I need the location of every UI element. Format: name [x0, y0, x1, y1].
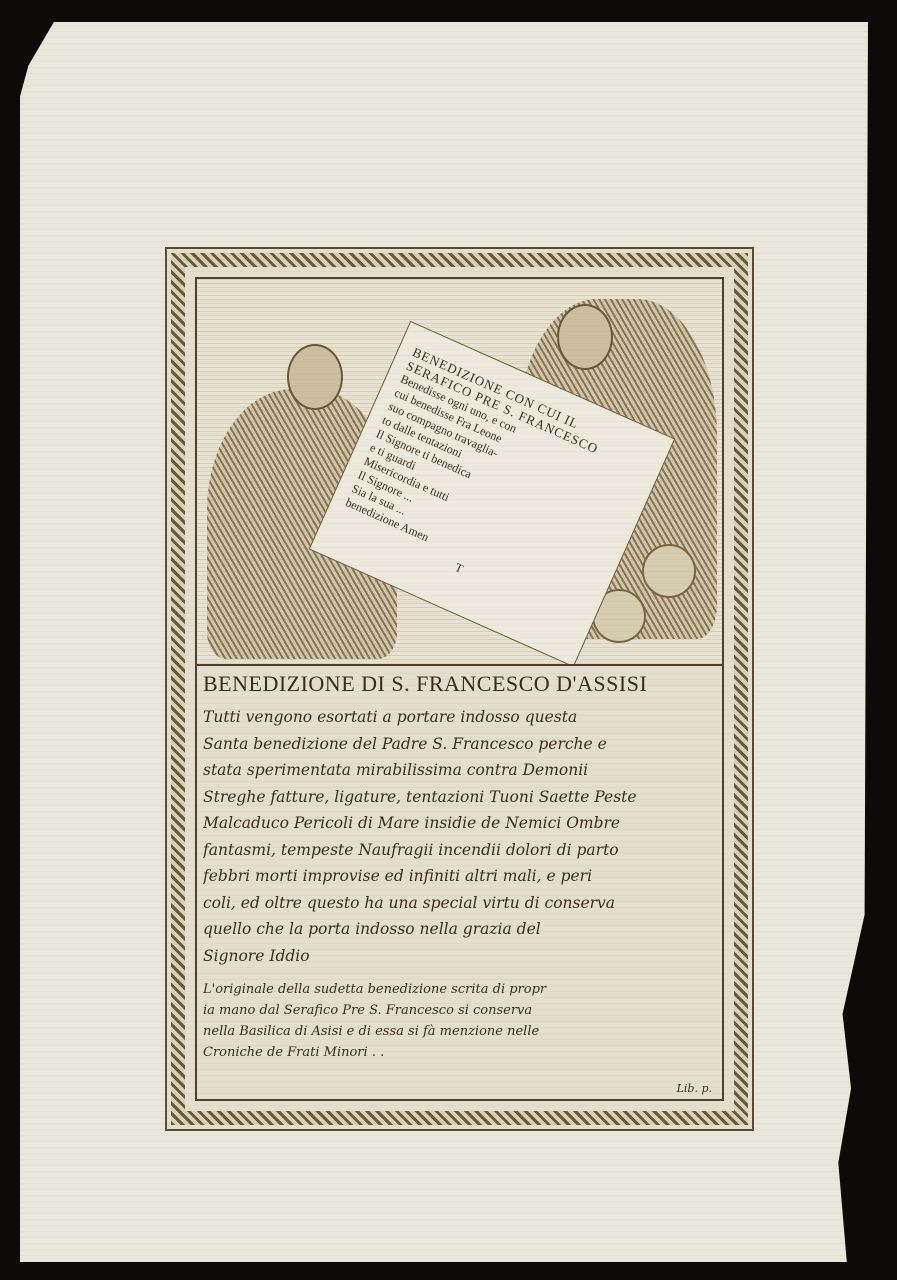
body-line: Malcaduco Pericoli di Mare insidie de Ne… [203, 810, 716, 837]
note-line: Croniche de Frati Minori . . [203, 1042, 716, 1063]
scroll-line: suo compagno travaglia- [386, 399, 630, 518]
blessing-scroll: BENEDIZIONE CON CUI IL SERAFICO PRE S. F… [309, 321, 676, 666]
body-line: coli, ed oltre questo ha una special vir… [203, 890, 716, 917]
library-mark: Lib. p. [677, 1082, 712, 1095]
note-line: ia mano dal Serafico Pre S. Francesco si… [203, 1000, 716, 1021]
scroll-line: Il Signore ti benedica [374, 427, 618, 546]
scroll-line: T [337, 509, 581, 628]
saint-francis-figure [517, 299, 717, 639]
kneeling-friar-figure [207, 389, 397, 659]
saint-francis-head [557, 304, 613, 370]
paper-sheet: BENEDIZIONE CON CUI IL SERAFICO PRE S. F… [20, 22, 868, 1262]
plate-inner-frame: BENEDIZIONE CON CUI IL SERAFICO PRE S. F… [195, 277, 724, 1101]
scroll-line: to dalle tentazioni [380, 413, 624, 532]
body-line: fantasmi, tempeste Naufragii incendii do… [203, 837, 716, 864]
scroll-line: benedizione Amen [343, 495, 587, 614]
scroll-line: Benedisse ogni uno, e con [398, 372, 642, 491]
scroll-line: cui benedisse Fra Leone [392, 385, 636, 504]
body-line: febbri morti improvise ed infiniti altri… [203, 863, 716, 890]
body-line: quello che la porta indosso nella grazia… [203, 916, 716, 943]
body-line: Signore Iddio [203, 943, 716, 970]
body-text: Tutti vengono esortati a portare indosso… [203, 704, 716, 969]
cherub-icon [642, 544, 696, 598]
scroll-line: e ti guardi [368, 440, 612, 559]
scroll-line: Misericordia e tutti [361, 454, 605, 573]
note-line: nella Basilica di Asisi e di essa si fà … [203, 1021, 716, 1042]
friar-leone-head [287, 344, 343, 410]
illustration-scene: BENEDIZIONE CON CUI IL SERAFICO PRE S. F… [197, 279, 722, 666]
note-line: L'originale della sudetta benedizione sc… [203, 979, 716, 1000]
body-line: Streghe fatture, ligature, tentazioni Tu… [203, 784, 716, 811]
ornamental-border [171, 253, 748, 1125]
body-line: stata sperimentata mirabilissima contra … [203, 757, 716, 784]
scroll-line: Sia la sua ... [349, 481, 593, 600]
cherub-icon [592, 589, 646, 643]
scroll-line: Il Signore ... [355, 468, 599, 587]
scroll-line: SERAFICO PRE S. FRANCESCO [404, 358, 648, 477]
body-line: Tutti vengono esortati a portare indosso… [203, 704, 716, 731]
provenance-note: L'originale della sudetta benedizione sc… [203, 979, 716, 1063]
scroll-line: BENEDIZIONE CON CUI IL [410, 344, 654, 463]
engraving-plate: BENEDIZIONE CON CUI IL SERAFICO PRE S. F… [165, 247, 754, 1131]
print-title: BENEDIZIONE DI S. FRANCESCO D'ASSISI [203, 671, 647, 697]
body-line: Santa benedizione del Padre S. Francesco… [203, 731, 716, 758]
